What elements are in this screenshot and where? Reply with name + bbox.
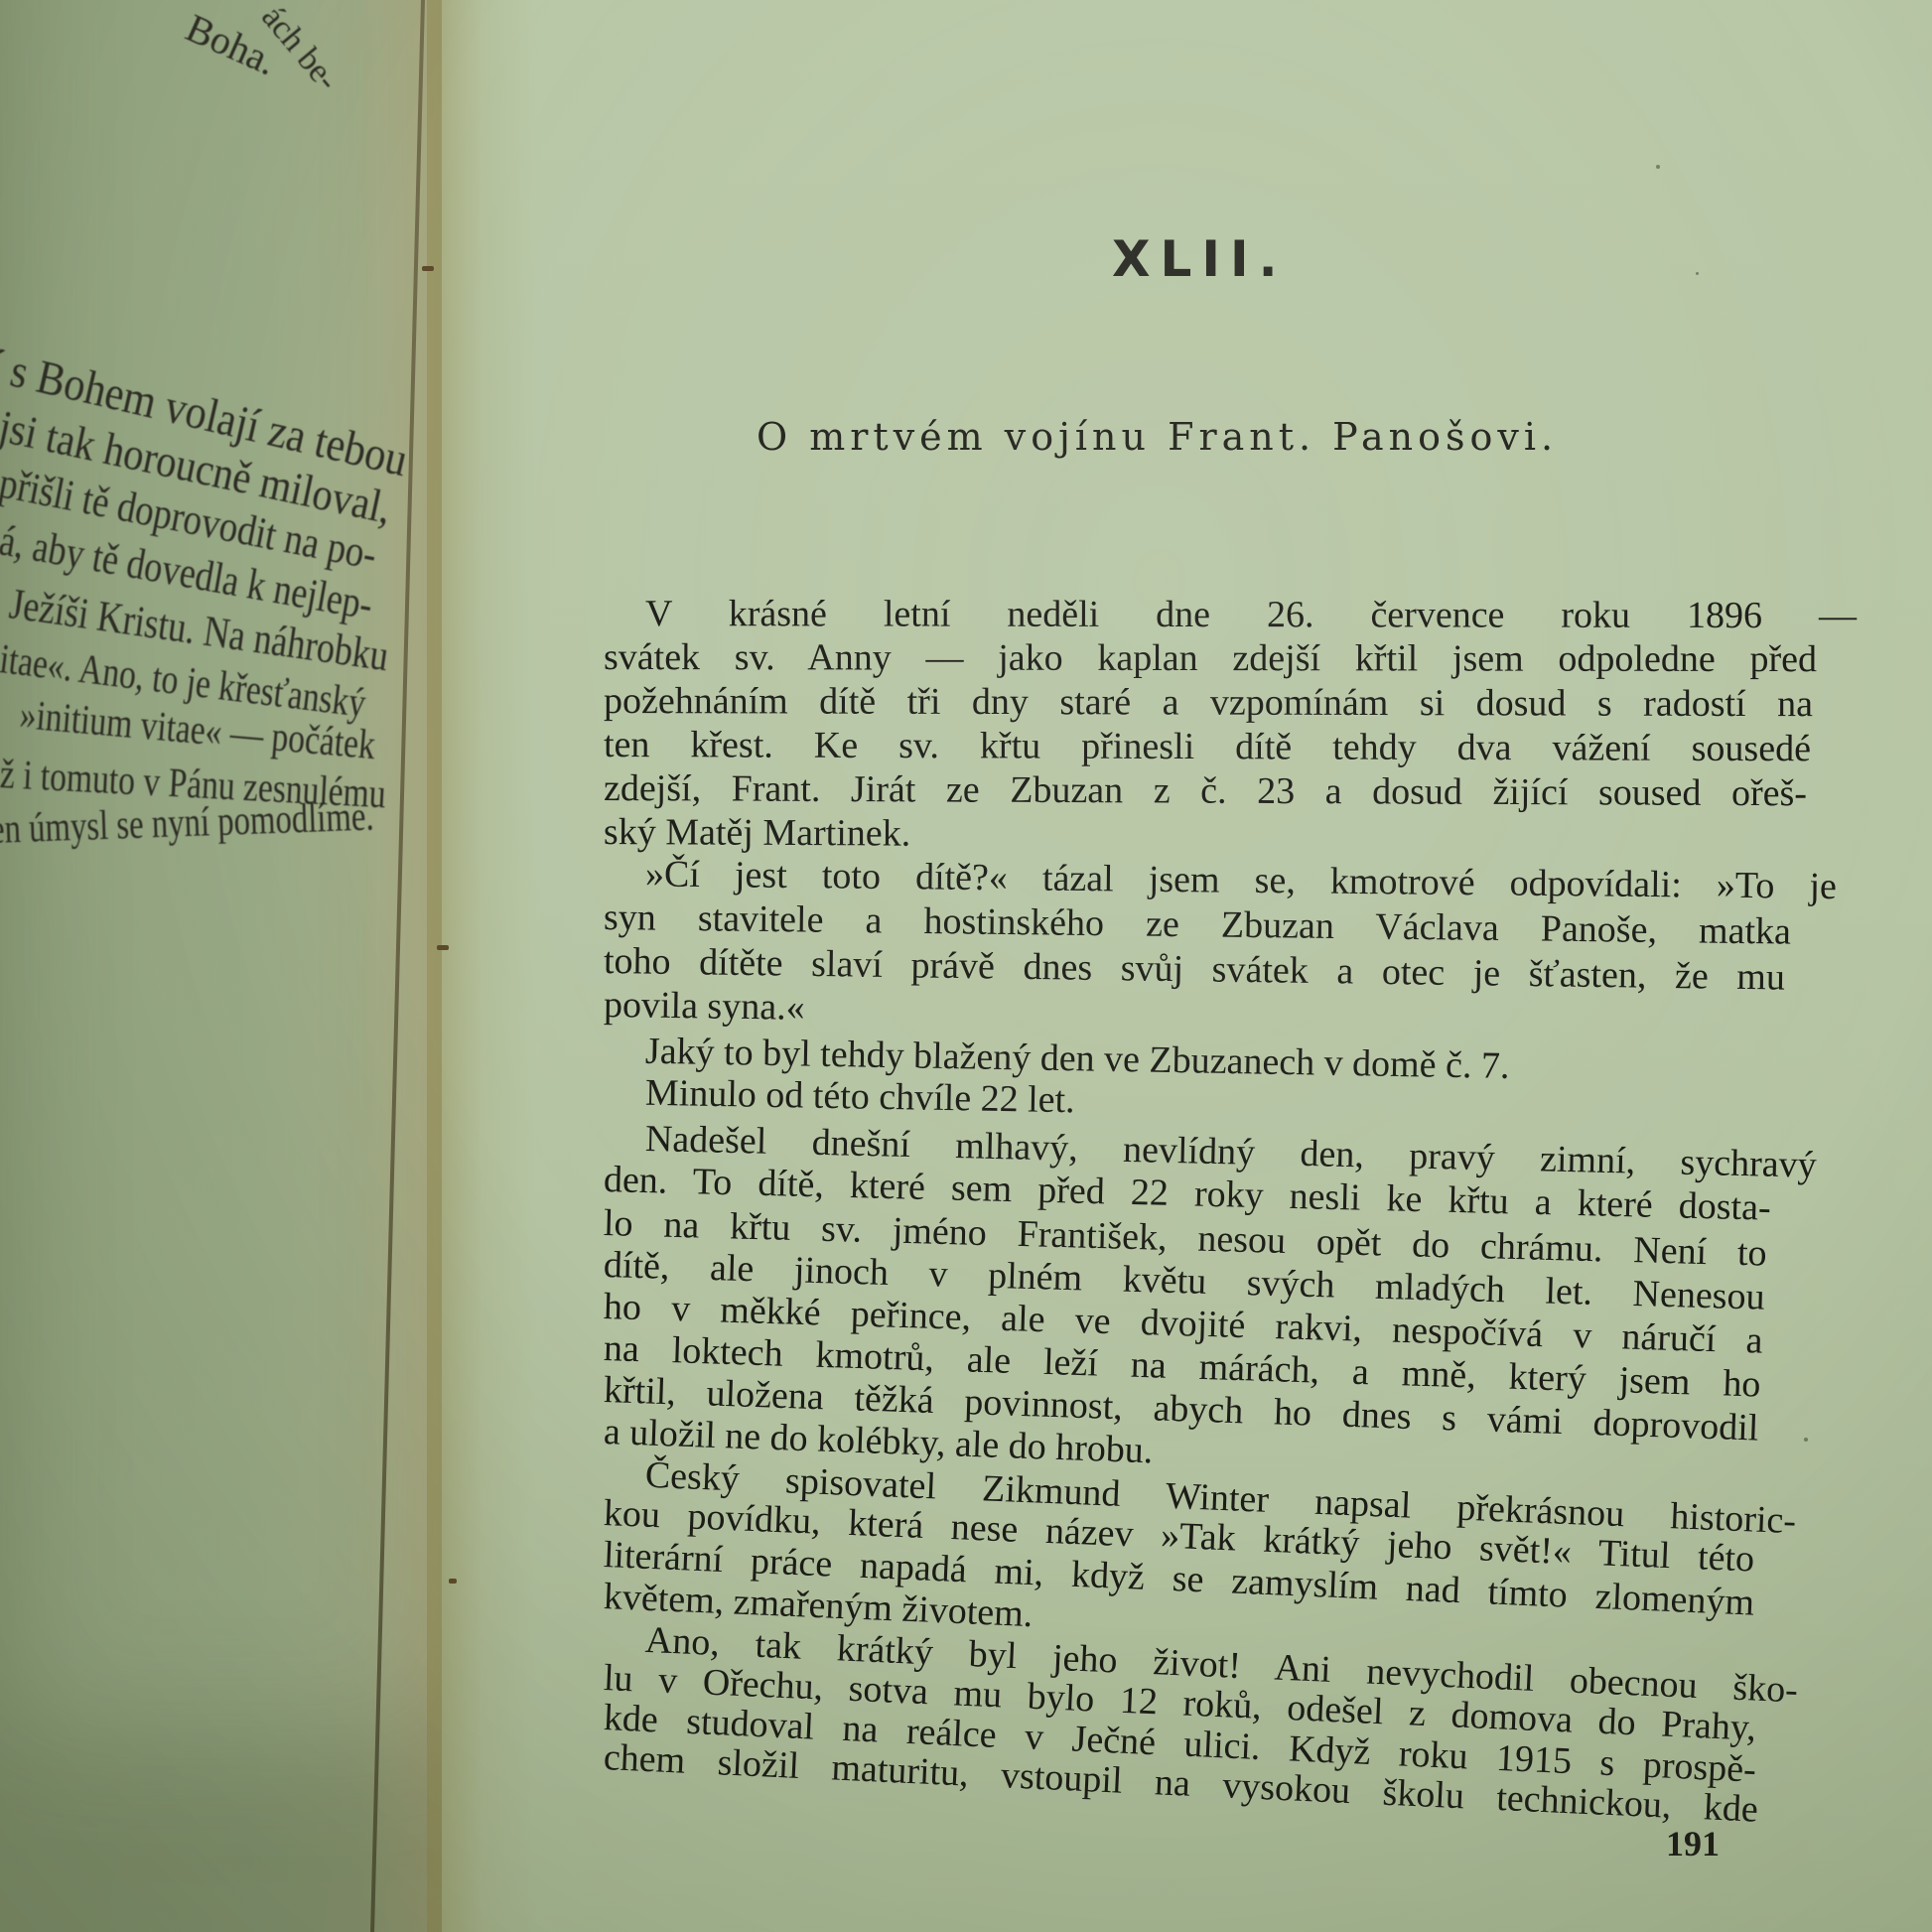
left-page: Boha. ách be- í s Bohem volají za tebou … [0, 0, 452, 1932]
paper-speck [1656, 165, 1660, 169]
chapter-title: O mrtvém vojínu Frant. Panošovi. [757, 415, 1558, 459]
text-line: V krásné letní neděli dne 26. července r… [604, 592, 1857, 637]
text-line: Minulo od této chvíle 22 let. [604, 1070, 1075, 1122]
text-line: požehnáním dítě tři dny staré a vzpomíná… [604, 679, 1813, 726]
paper-speck [1696, 272, 1699, 275]
text-line: ský Matěj Martinek. [604, 810, 910, 856]
text-line: povila syna.« [604, 983, 805, 1030]
book-spread: Boha. ách be- í s Bohem volají za tebou … [0, 0, 1932, 1932]
text-line: svátek sv. Anny — jako kaplan zdejší křt… [604, 635, 1817, 681]
binding-stitch [449, 1579, 457, 1584]
page-number: 191 [1666, 1823, 1720, 1864]
binding-stitch [422, 266, 434, 271]
chapter-number: XLII. [1112, 230, 1288, 288]
binding-stitch [437, 945, 449, 950]
text-line: zdejší, Frant. Jirát ze Zbuzan z č. 23 a… [604, 766, 1807, 815]
paper-speck [1804, 1438, 1808, 1442]
text-line: ten křest. Ke sv. křtu přinesli dítě teh… [604, 723, 1811, 770]
gutter-shadow [427, 0, 536, 1932]
left-line: en úmysl se nyní pomodlíme. [0, 793, 374, 854]
